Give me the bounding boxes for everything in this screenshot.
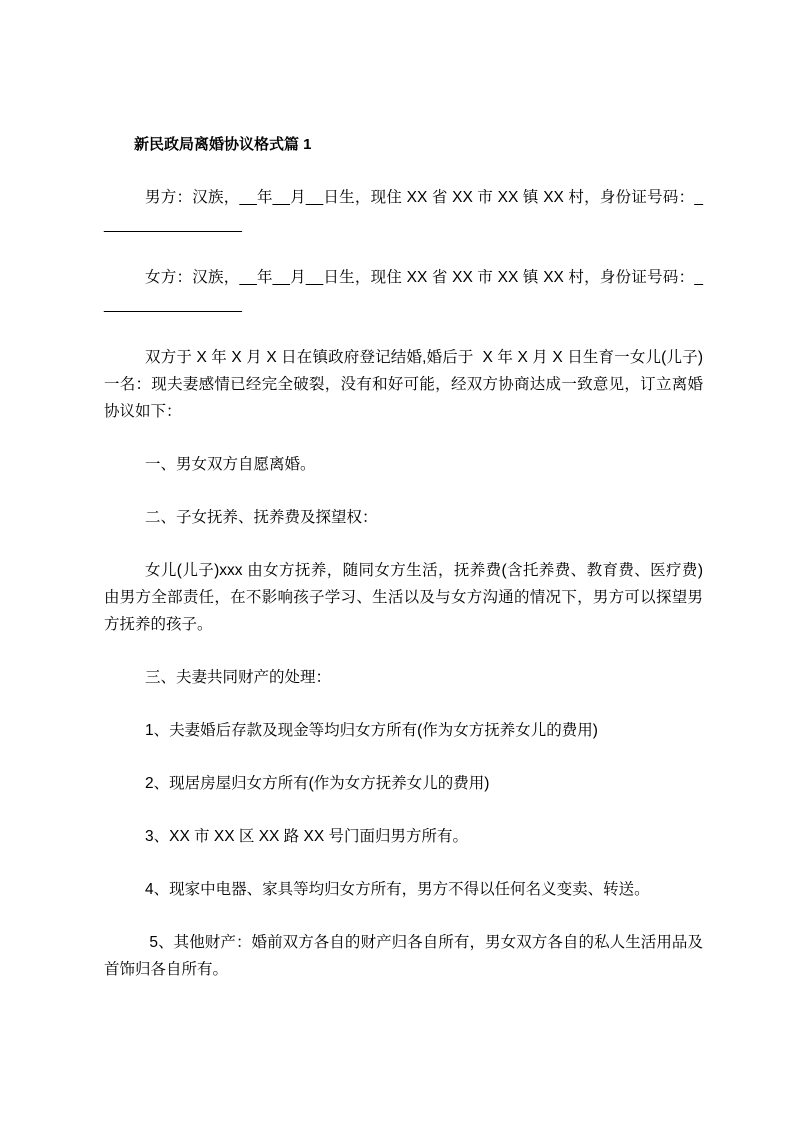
document-page: 新民政局离婚协议格式篇 1 男方：汉族，__年__月__日生，现住 XX 省 X… [0,0,793,1122]
clause-3-property-heading: 三、夫妻共同财产的处理： [104,664,703,691]
paragraph-male-party: 男方：汉族，__年__月__日生，现住 XX 省 XX 市 XX 镇 XX 村，… [104,184,703,238]
clause-1-voluntary-divorce: 一、男女双方自愿离婚。 [104,451,703,478]
clause-2-custody-heading: 二、子女抚养、抚养费及探望权： [104,504,703,531]
paragraph-preamble: 双方于 X 年 X 月 X 日在镇政府登记结婚,婚后于 X 年 X 月 X 日生… [104,344,703,425]
property-item-1: 1、夫妻婚后存款及现金等均归女方所有(作为女方抚养女儿的费用) [104,717,703,744]
property-item-4: 4、现家中电器、家具等均归女方所有，男方不得以任何名义变卖、转送。 [104,876,703,903]
property-item-3: 3、XX 市 XX 区 XX 路 XX 号门面归男方所有。 [104,823,703,850]
property-item-5: 5、其他财产：婚前双方各自的财产归各自所有，男女双方各自的私人生活用品及首饰归各… [104,929,703,983]
document-title: 新民政局离婚协议格式篇 1 [104,131,703,158]
clause-2-custody-detail: 女儿(儿子)xxx 由女方抚养，随同女方生活，抚养费(含托养费、教育费、医疗费)… [104,557,703,638]
property-item-2: 2、现居房屋归女方所有(作为女方抚养女儿的费用) [104,770,703,797]
paragraph-female-party: 女方：汉族，__年__月__日生，现住 XX 省 XX 市 XX 镇 XX 村，… [104,264,703,318]
